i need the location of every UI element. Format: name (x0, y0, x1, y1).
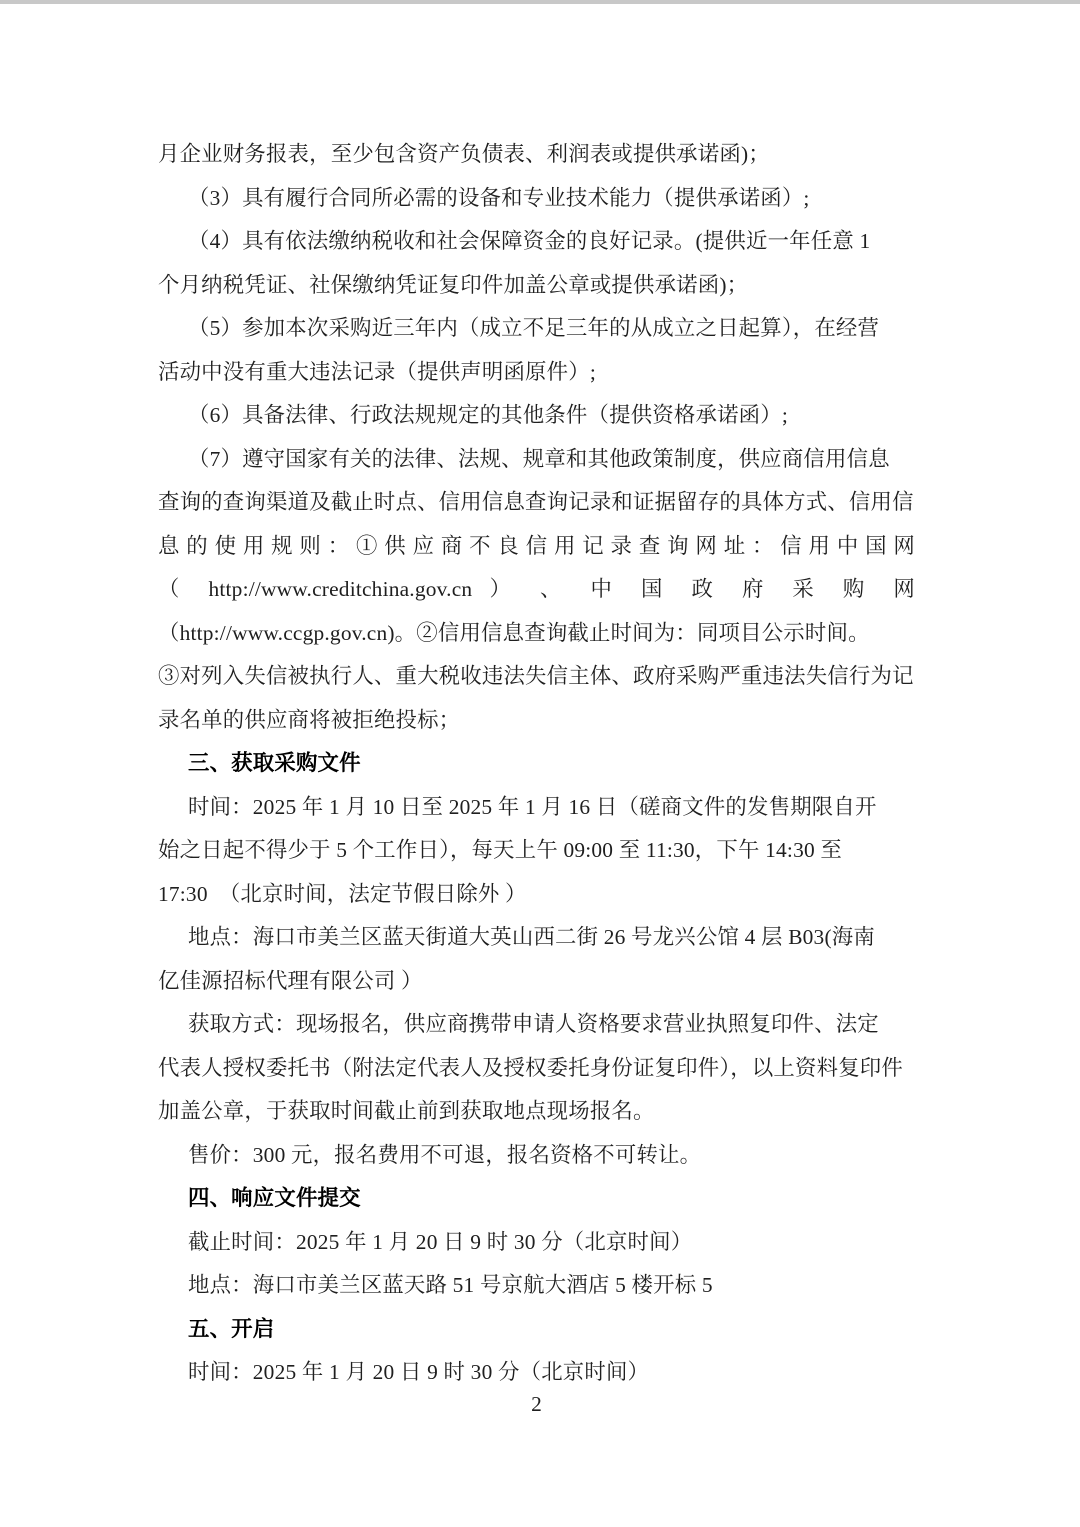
doc-line: 查询的查询渠道及截止时点、信用信息查询记录和证据留存的具体方式、信用信 (158, 481, 915, 525)
doc-line: 录名单的供应商将被拒绝投标； (158, 699, 915, 743)
doc-line-method: 获取方式：现场报名，供应商携带申请人资格要求营业执照复印件、法定 (158, 1003, 915, 1047)
doc-line: 代表人授权委托书（附法定代表人及授权委托身份证复印件），以上资料复印件 (158, 1047, 915, 1091)
doc-line: （5）参加本次采购近三年内（成立不足三年的从成立之日起算），在经营 (158, 307, 915, 351)
doc-line-time: 时间：2025 年 1 月 20 日 9 时 30 分（北京时间） (158, 1351, 915, 1395)
doc-line: 加盖公章，于获取时间截止前到获取地点现场报名。 (158, 1090, 915, 1134)
doc-line: 17:30 （北京时间，法定节假日除外 ） (158, 873, 915, 917)
doc-line: 活动中没有重大违法记录（提供声明函原件）; (158, 351, 915, 395)
section-heading-get-documents: 三、获取采购文件 (158, 742, 915, 786)
document-page: 月企业财务报表，至少包含资产负债表、利润表或提供承诺函)； （3）具有履行合同所… (158, 133, 915, 1395)
doc-line-time: 时间：2025 年 1 月 10 日至 2025 年 1 月 16 日（磋商文件… (158, 786, 915, 830)
section-heading-response-submission: 四、响应文件提交 (158, 1177, 915, 1221)
doc-line: （3）具有履行合同所必需的设备和专业技术能力（提供承诺函）; (158, 177, 915, 221)
doc-line: 个月纳税凭证、社保缴纳凭证复印件加盖公章或提供承诺函)； (158, 264, 915, 308)
viewer-top-edge (0, 0, 1080, 4)
doc-line: 月企业财务报表，至少包含资产负债表、利润表或提供承诺函)； (158, 133, 915, 177)
doc-line: 息的使用规则：①供应商不良信用记录查询网址：信用中国网 (158, 525, 915, 569)
doc-line-location: 地点：海口市美兰区蓝天路 51 号京航大酒店 5 楼开标 5 (158, 1264, 915, 1308)
doc-line: （4）具有依法缴纳税收和社会保障资金的良好记录。(提供近一年任意 1 (158, 220, 915, 264)
doc-line: 亿佳源招标代理有限公司 ） (158, 960, 915, 1004)
doc-line: ③对列入失信被执行人、重大税收违法失信主体、政府采购严重违法失信行为记 (158, 655, 915, 699)
doc-line-creditchina-url: （ http://www.creditchina.gov.cn ） 、 中 国 … (158, 568, 915, 612)
doc-line: （6）具备法律、行政法规规定的其他条件（提供资格承诺函）; (158, 394, 915, 438)
section-heading-opening: 五、开启 (158, 1308, 915, 1352)
doc-line-location: 地点：海口市美兰区蓝天街道大英山西二街 26 号龙兴公馆 4 层 B03(海南 (158, 916, 915, 960)
page-number: 2 (531, 1392, 542, 1416)
doc-line: （7）遵守国家有关的法律、法规、规章和其他政策制度，供应商信用信息 (158, 438, 915, 482)
doc-line-price: 售价：300 元，报名费用不可退，报名资格不可转让。 (158, 1134, 915, 1178)
doc-line: 始之日起不得少于 5 个工作日），每天上午 09:00 至 11:30，下午 1… (158, 829, 915, 873)
doc-line-deadline: 截止时间：2025 年 1 月 20 日 9 时 30 分（北京时间） (158, 1221, 915, 1265)
page-footer: 2 (158, 1392, 915, 1416)
doc-line-ccgp-url: （http://www.ccgp.gov.cn)。②信用信息查询截止时间为：同项… (158, 612, 915, 656)
